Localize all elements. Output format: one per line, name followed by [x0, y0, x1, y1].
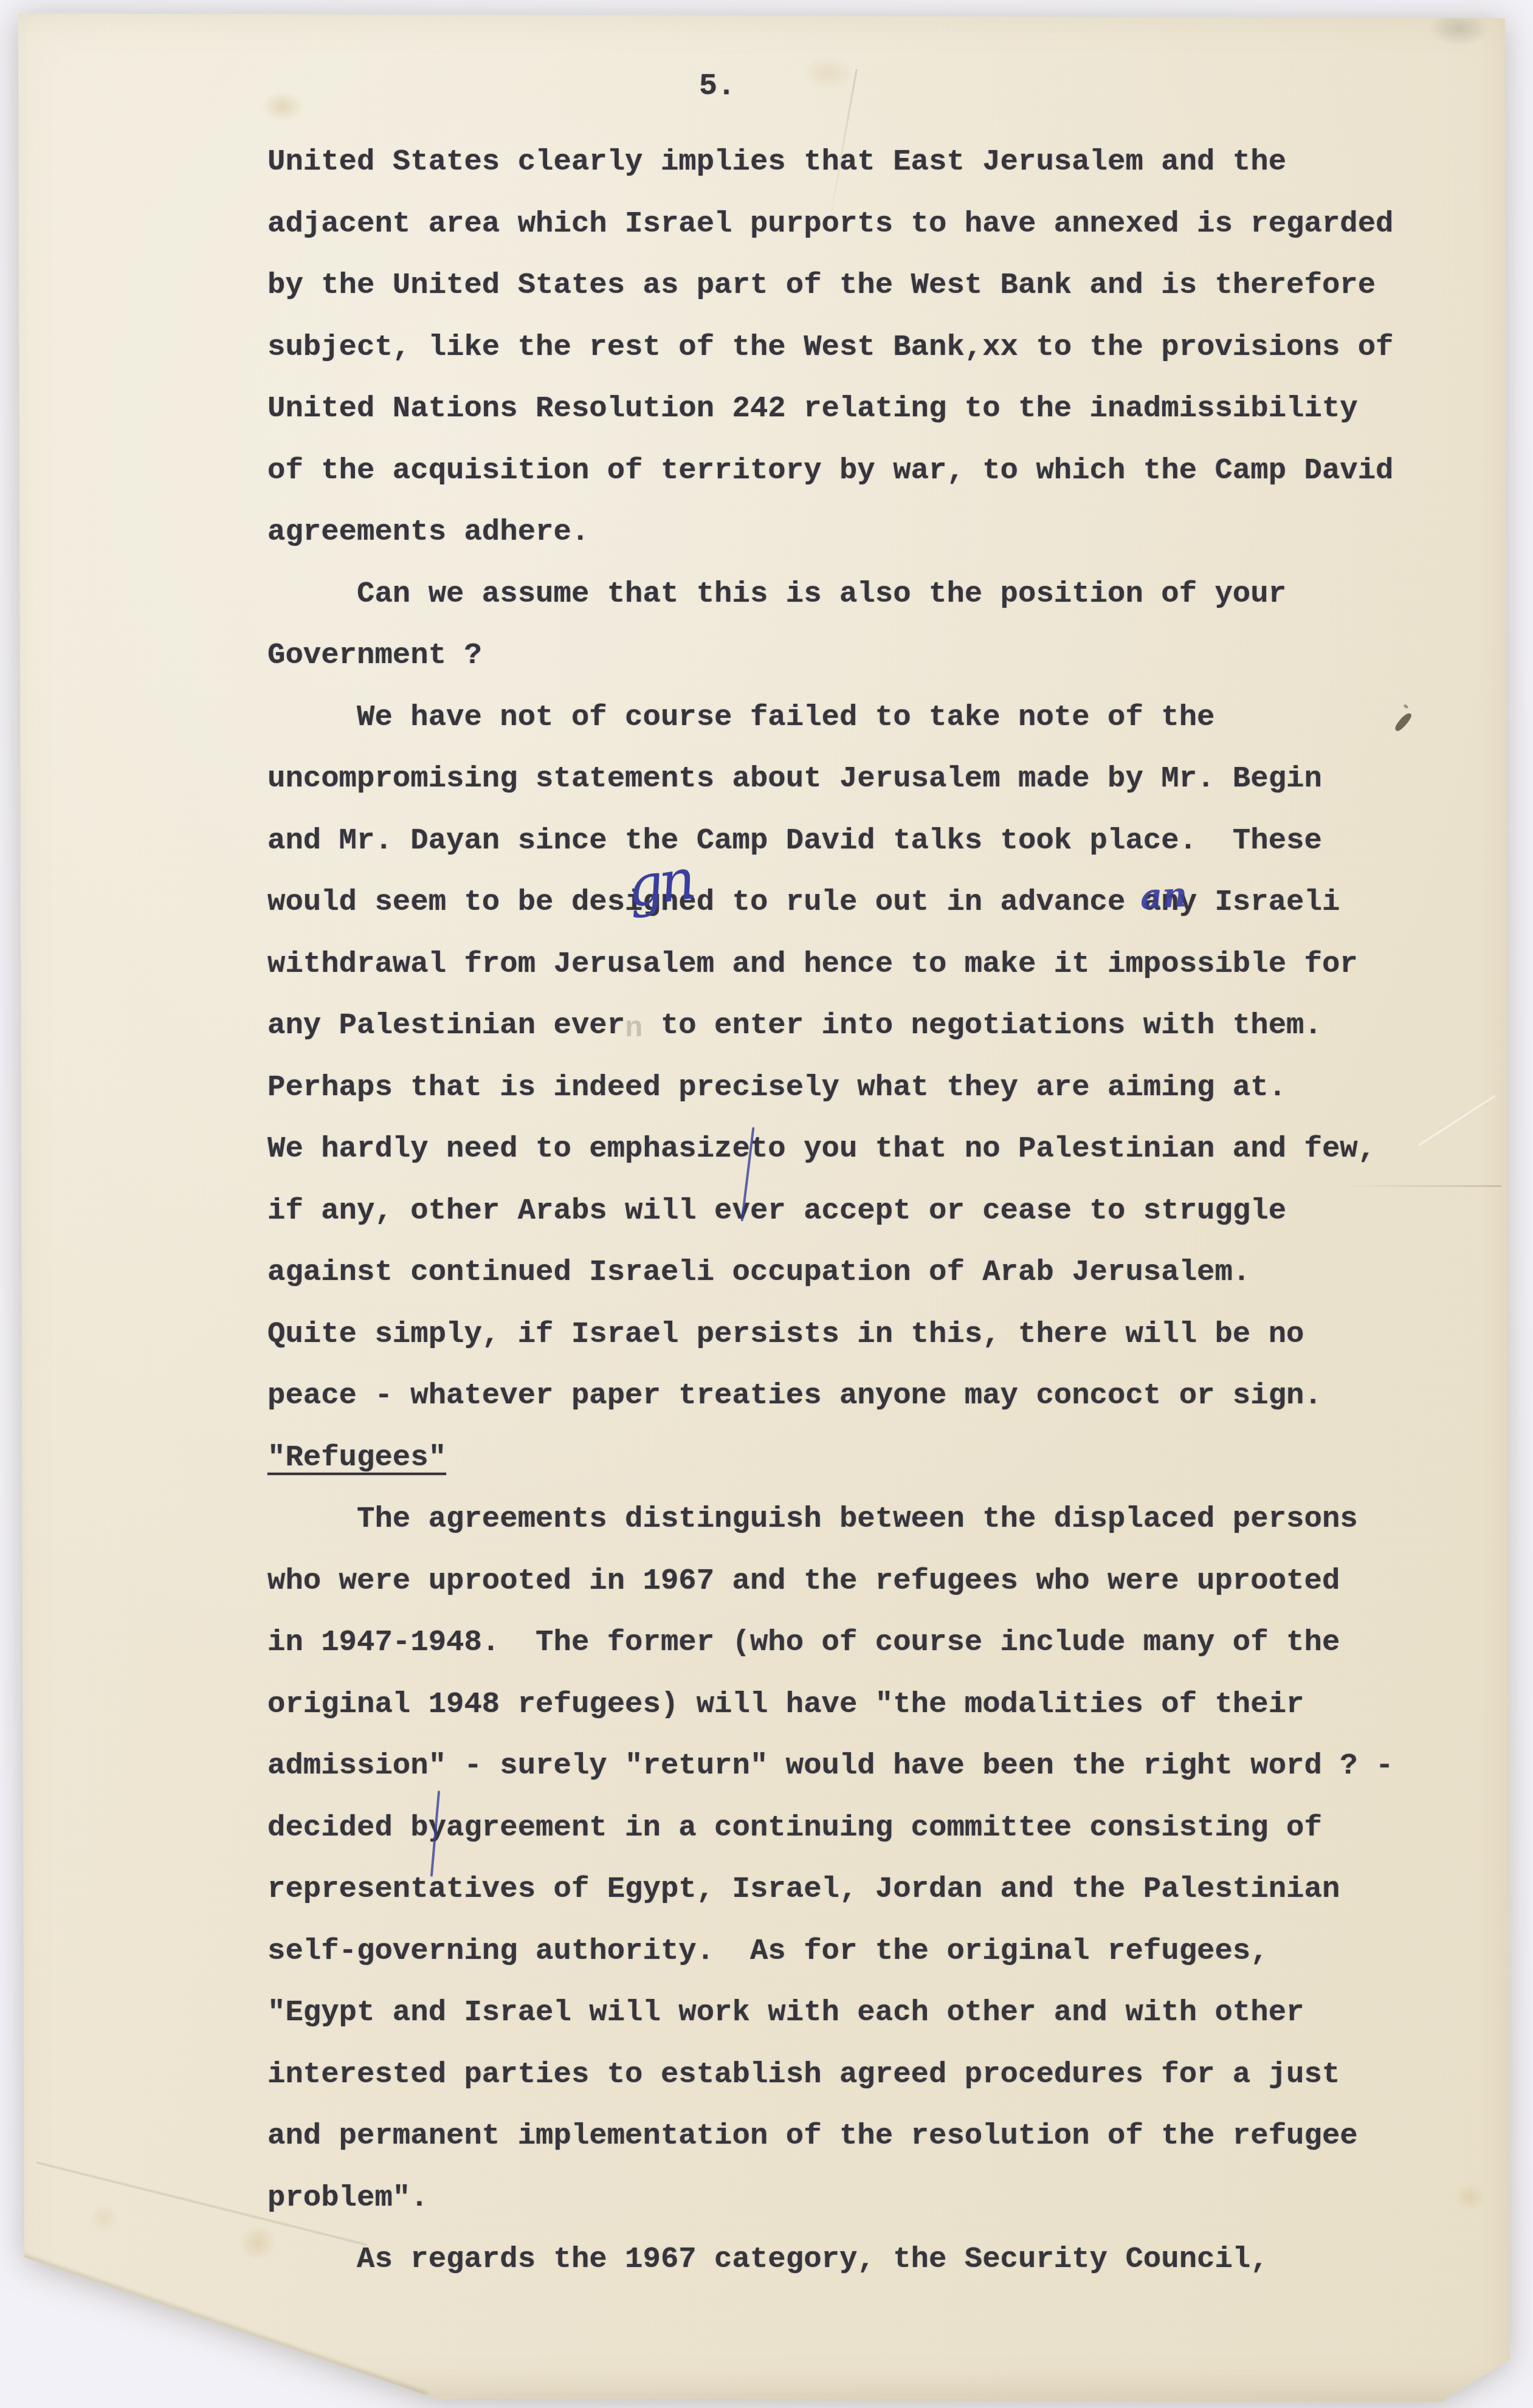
paper-stain [1454, 2183, 1486, 2211]
text-line: "Egypt and Israel will work with each ot… [267, 1982, 1394, 2044]
text-line: in 1947-1948. The former (who of course … [267, 1612, 1394, 1674]
text-line: Can we assume that this is also the posi… [267, 563, 1394, 625]
faint-strikeover-character: n [625, 1014, 642, 1044]
text-line: any Palestinian ever to enter into negot… [267, 995, 1394, 1057]
text-line: would seem to be designed to rule out in… [267, 872, 1394, 934]
text-line: against continued Israeli occupation of … [267, 1242, 1394, 1304]
handwritten-gn-correction: gn [624, 851, 695, 916]
text-line: of the acquisition of territory by war, … [267, 440, 1394, 502]
paper-crease [1418, 1095, 1495, 1146]
text-line: Government ? [267, 625, 1394, 687]
text-line: As regards the 1967 category, the Securi… [267, 2229, 1394, 2291]
text-line: Quite simply, if Israel persists in this… [267, 1304, 1394, 1366]
text-line: subject, like the rest of the West Bank,… [267, 317, 1394, 379]
text-line: withdrawal from Jerusalem and hence to m… [267, 934, 1394, 996]
text-line: "Refugees" [267, 1427, 1394, 1489]
ink-smudge-mark [1394, 711, 1413, 734]
text-line: self-governing authority. As for the ori… [267, 1921, 1394, 1983]
handwritten-any-correction: an [1140, 878, 1188, 914]
paper-stain [90, 2204, 118, 2232]
text-line: United States clearly implies that East … [267, 131, 1394, 193]
text-line: problem". [267, 2167, 1394, 2229]
text-line: We hardly need to emphasizeto you that n… [267, 1118, 1394, 1180]
text-line: We have not of course failed to take not… [267, 687, 1394, 749]
text-line: United Nations Resolution 242 relating t… [267, 378, 1394, 440]
text-line: admission" - surely "return" would have … [267, 1735, 1394, 1797]
text-line: agreements adhere. [267, 501, 1394, 563]
text-line: adjacent area which Israel purports to h… [267, 193, 1394, 255]
typewritten-text: United States clearly implies that East … [267, 131, 1394, 2291]
text-line: The agreements distinguish between the d… [267, 1488, 1394, 1550]
text-line: Perhaps that is indeed precisely what th… [267, 1057, 1394, 1119]
document-page: 5. United States clearly implies that Ea… [0, 0, 1533, 2408]
text-line: if any, other Arabs will ever accept or … [267, 1180, 1394, 1242]
text-line: peace - whatever paper treaties anyone m… [267, 1365, 1394, 1427]
page-number: 5. [699, 72, 735, 102]
paper-shadow: 5. United States clearly implies that Ea… [0, 0, 1533, 2408]
text-line: uncompromising statements about Jerusale… [267, 748, 1394, 810]
text-line: interested parties to establish agreed p… [267, 2044, 1394, 2106]
text-line: and Mr. Dayan since the Camp David talks… [267, 810, 1394, 872]
paper-stain [261, 91, 304, 122]
paper-stain [802, 56, 853, 90]
text-line: representatives of Egypt, Israel, Jordan… [267, 1859, 1394, 1921]
text-line: original 1948 refugees) will have "the m… [267, 1674, 1394, 1736]
text-line: and permanent implementation of the reso… [267, 2105, 1394, 2167]
text-line: who were uprooted in 1967 and the refuge… [267, 1550, 1394, 1612]
text-line: by the United States as part of the West… [267, 255, 1394, 317]
paper-smudge [1428, 11, 1489, 46]
